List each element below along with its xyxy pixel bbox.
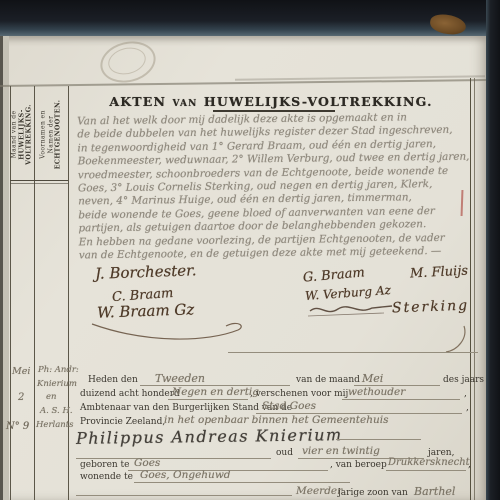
sidebar-line-mid — [34, 86, 35, 500]
form-comma-1: , — [464, 389, 467, 399]
margin-name-3: en — [46, 392, 57, 402]
document-page: Maand van de HUWELIJKS- VOLTREKKING. Voo… — [0, 36, 486, 500]
form-value-year: Negen en dertig — [172, 386, 259, 398]
rule-year — [168, 399, 248, 400]
form-value-location: in het openbaar binnen het Gemeentehuis — [164, 414, 389, 426]
act-body-text: Van al het welk door mij dadelijk deze a… — [77, 111, 471, 263]
form-value-birthplace: Goes — [134, 457, 160, 469]
sidebar-header-names-line3: ECHTGENOOTEN. — [55, 90, 63, 180]
form-comma-3: , — [468, 460, 471, 470]
rule-son-lead — [76, 495, 292, 496]
margin-name-1: Ph: Andr: — [38, 365, 79, 375]
form-value-residence: Goes, Ongehuwd — [140, 469, 231, 481]
sidebar-header-bottom-1 — [10, 180, 68, 181]
form-top-rule — [228, 352, 478, 353]
book-binding-top — [0, 0, 500, 38]
form-label-jaars: des jaars — [443, 375, 484, 385]
form-label-maand: van de maand — [296, 375, 360, 385]
signature-tail-right — [440, 324, 470, 354]
margin-name-2: Knierium — [37, 379, 77, 389]
form-value-day: Tweeden — [155, 372, 205, 385]
sidebar-line-inner — [68, 86, 69, 500]
page-title-huwelijks: HUWELIJKS-VOLTREKKING. — [204, 94, 433, 109]
margin-month: Mei — [12, 366, 30, 377]
margin-name-4: A. S. H. — [40, 406, 73, 416]
rule-official — [342, 399, 460, 400]
rule-occupation — [386, 470, 466, 471]
form-value-place: Stad Goes — [262, 400, 316, 412]
signature-g-braam: G. Braam — [302, 265, 365, 285]
margin-name-5: Herlants — [36, 420, 74, 430]
frame-right-outer — [470, 78, 471, 500]
form-label-zoon: jarige zoon van — [338, 488, 408, 498]
form-label-provincie: Provincie Zeeland, — [80, 417, 165, 427]
form-label-duizend: duizend acht honderd — [80, 389, 180, 399]
page-title-van: VAN — [172, 99, 197, 109]
margin-day: 2 — [18, 392, 24, 403]
sidebar-header-bottom-2 — [10, 183, 68, 184]
frame-right-inner — [474, 78, 475, 500]
form-label-oud: oud — [276, 448, 293, 458]
marriage-register-scan: Maand van de HUWELIJKS- VOLTREKKING. Voo… — [0, 0, 500, 500]
margin-act-number: N° 9 — [6, 421, 29, 432]
form-value-father: Barthel — [414, 485, 455, 498]
rule-residence — [134, 482, 350, 483]
page-title-akten: AKTEN — [109, 94, 166, 109]
sidebar-header-names-line2: Namen der — [47, 90, 55, 180]
form-value-meerder: Meerder — [296, 485, 342, 497]
signature-scribble — [306, 301, 396, 319]
form-value-official: wethouder — [348, 386, 405, 398]
sheet-edge-line — [0, 79, 486, 86]
form-label-beroep: , van beroep — [330, 460, 387, 470]
book-binding-right — [486, 0, 500, 500]
signature-flourish-left — [88, 318, 258, 344]
form-label-verschenen: , verschenen voor mij — [250, 389, 348, 399]
page-title: AKTEN VAN HUWELIJKS-VOLTREKKING. — [76, 91, 466, 110]
form-label-heden: Heden den — [88, 375, 138, 385]
form-value-occupation: Drukkersknecht — [388, 457, 470, 468]
signature-w-verburg: W. Verburg Az — [305, 283, 392, 303]
form-comma-2: , — [466, 403, 469, 413]
form-label-ambtenaar: Ambtenaar van den Burgerlijken Stand van… — [80, 403, 292, 413]
signature-sterking: Sterking — [392, 298, 470, 317]
signature-m-fluijs: M. Fluijs — [410, 263, 469, 281]
form-value-month: Mei — [362, 372, 383, 385]
rule-groom — [336, 439, 421, 440]
form-value-age: vier en twintig — [302, 445, 380, 457]
sidebar-header-names-line1: Voornamen en — [40, 90, 48, 180]
form-label-wonende: wonende te — [80, 472, 133, 482]
form-label-geboren: geboren te — [80, 460, 130, 470]
signature-witness-1: J. Borchester. — [95, 261, 197, 283]
rule-age-lead — [76, 458, 271, 459]
